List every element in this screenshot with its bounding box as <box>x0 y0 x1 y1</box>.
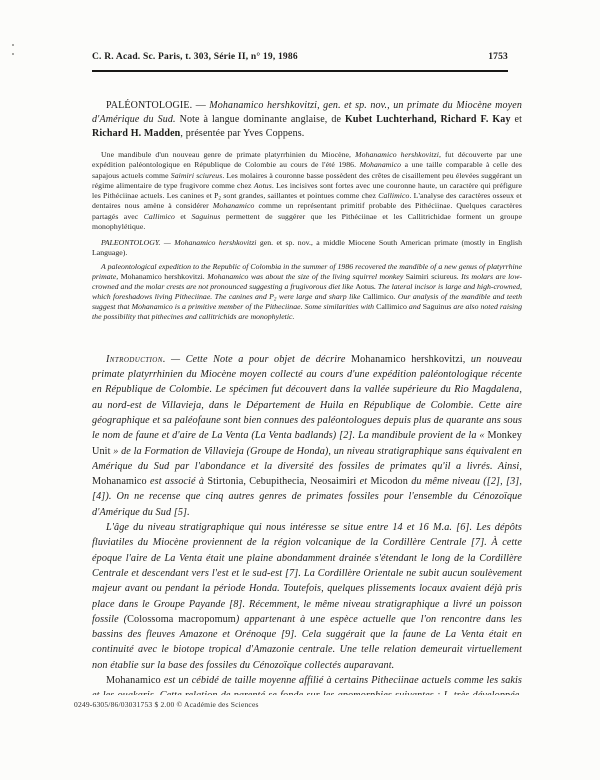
header-rule <box>92 70 508 72</box>
body-paragraph: L'âge du niveau stratigraphique qui nous… <box>92 520 522 673</box>
body-paragraph-introduction: Introduction. — Cette Note a pour objet … <box>92 352 522 520</box>
document-page: C. R. Acad. Sc. Paris, t. 303, Série II,… <box>0 0 600 780</box>
abstract-english: A paleontological expedition to the Repu… <box>92 262 522 321</box>
abstract-english-heading: PALEONTOLOGY. — Mohanamico hershkovitzi … <box>92 238 522 258</box>
page-number: 1753 <box>488 52 508 62</box>
journal-header: C. R. Acad. Sc. Paris, t. 303, Série II,… <box>92 52 508 62</box>
scan-speck <box>12 53 14 55</box>
header-citation: C. R. Acad. Sc. Paris, t. 303, Série II,… <box>92 52 298 62</box>
abstract-french: Une mandibule d'un nouveau genre de prim… <box>92 150 522 232</box>
article-body: PALÉONTOLOGIE. — Mohanamico hershkovitzi… <box>92 99 522 695</box>
footer-imprint: 0249-6305/86/03031753 $ 2.00 © Académie … <box>74 700 259 709</box>
article-title: PALÉONTOLOGIE. — Mohanamico hershkovitzi… <box>92 99 522 141</box>
body-paragraph: Mohanamico est un cébidé de taille moyen… <box>92 673 522 695</box>
scan-speck <box>12 44 14 46</box>
